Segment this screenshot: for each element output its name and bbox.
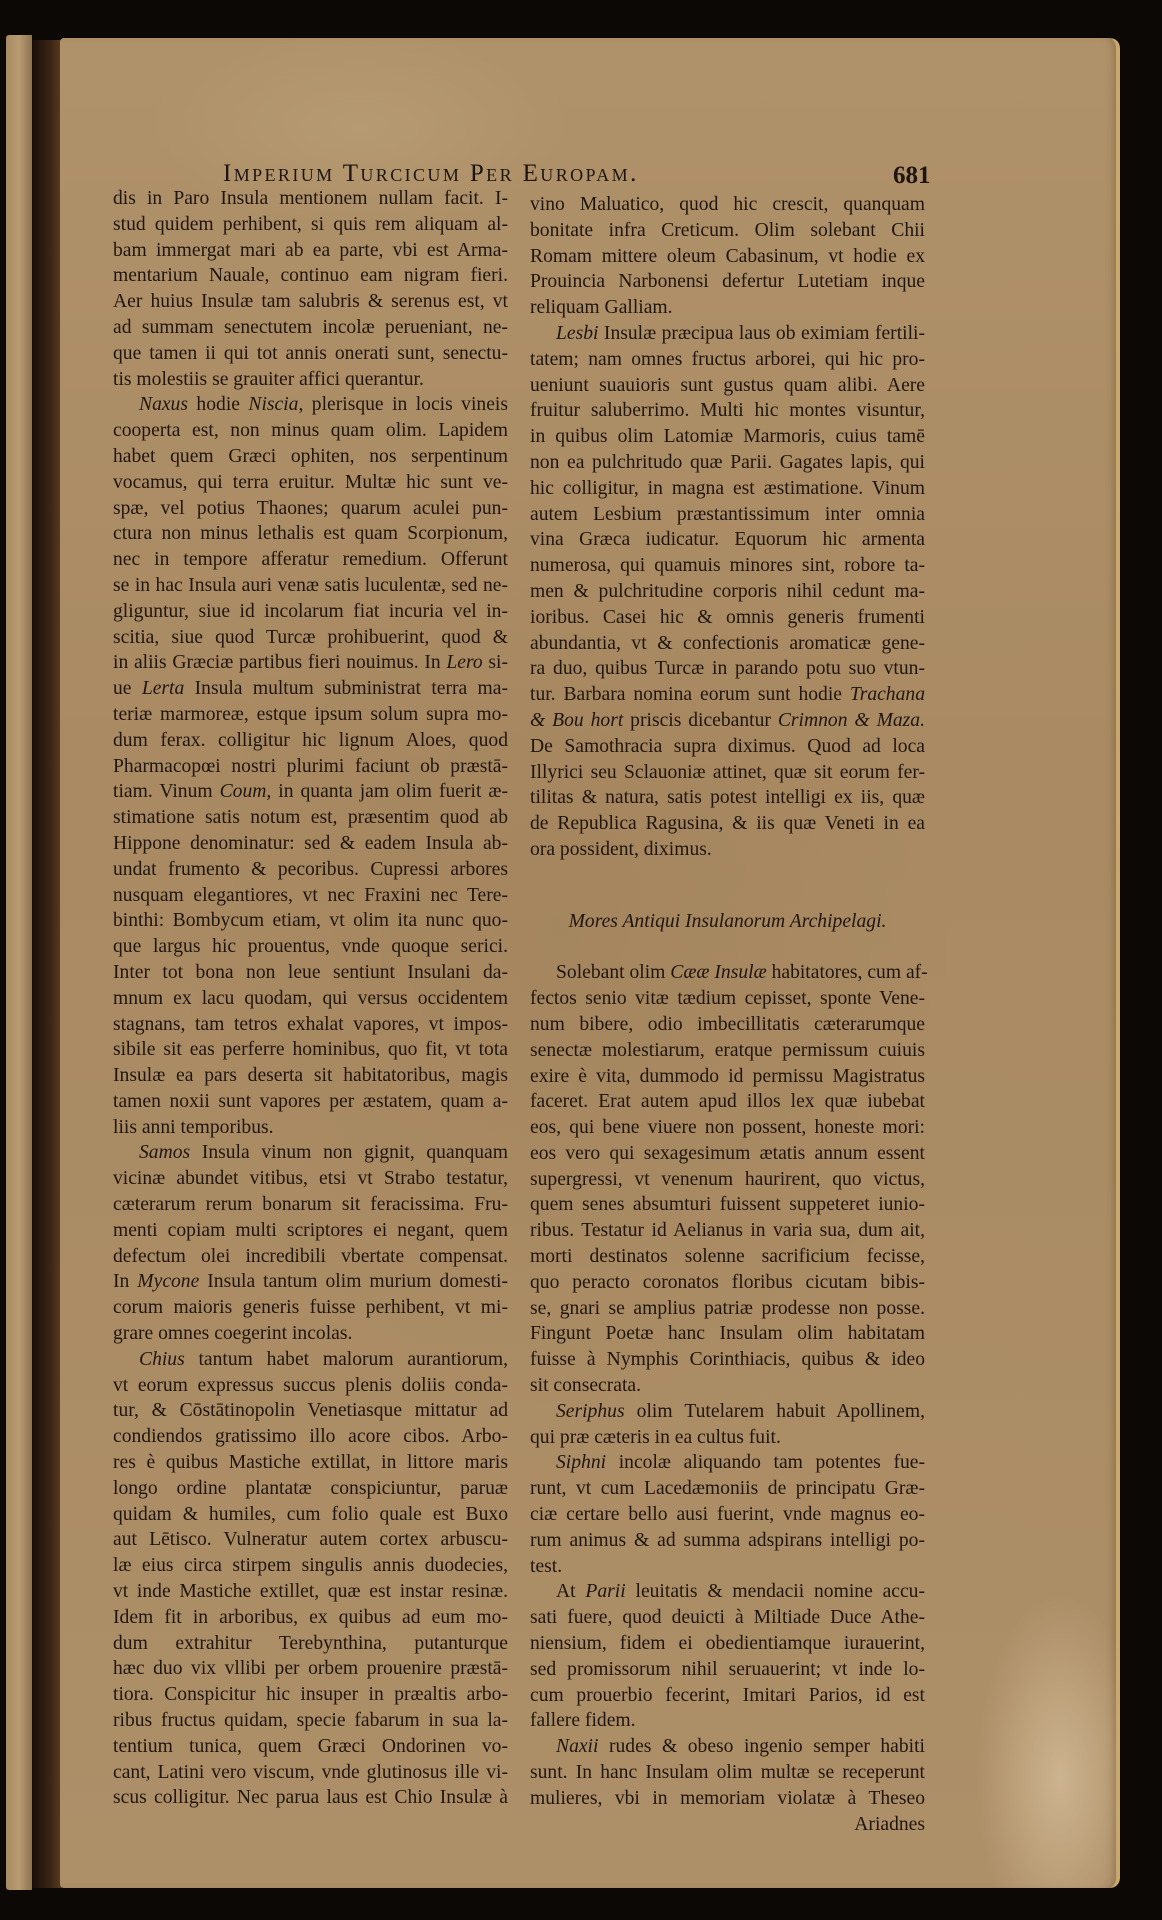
text-line: hic colligitur, in magna est æstimatione… [530,476,925,502]
line-text: tantum habet malorum aurantiorum, [185,1349,508,1370]
line-text: runt, vt cum Lacedæmoniis de principatu … [530,1478,925,1499]
line-text: tur, & Cōstātinopolin Venetiasque mittat… [113,1400,508,1421]
text-line: vino Maluatico, quod hic crescit, quanqu… [530,192,925,218]
line-text: in quanta jam olim fuerit æ- [271,781,508,802]
line-text: habet quem Græci ophiten, nos serpentinu… [113,446,508,467]
line-text: dum ferax. colligitur hic lignum Aloes, … [113,730,508,751]
text-line: tiora. Conspicitur hic insuper in præalt… [113,1682,508,1708]
text-line: faceret. Erat autem apud illos lex quæ i… [530,1089,925,1115]
text-line: abundantia, vt & confectionis aromaticæ … [530,631,925,657]
line-text: tiora. Conspicitur hic insuper in præalt… [113,1684,508,1705]
text-line: tur. Barbara nomina eorum sunt hodie Tra… [530,682,925,708]
right-text-column: vino Maluatico, quod hic crescit, quanqu… [530,192,925,1837]
text-line: sed promissorum nihil seruauerint; vt in… [530,1657,925,1683]
italic-name: & Bou hort [530,710,623,731]
spacer [530,935,925,961]
text-line: binthi: Bombycum etiam, vt olim ita nunc… [113,908,508,934]
line-text: quem senes absumturi fuissent suppeteret… [530,1194,925,1215]
text-line: tatem; nam omnes fructus arborei, qui hi… [530,347,925,373]
line-text: tentium tunica, quem Græci Ondorinen vo- [113,1736,508,1757]
line-text: hodie [188,394,248,415]
line-text: mulieres, vbi in memoriam violatæ à Thes… [530,1788,925,1809]
text-line: vt eorum expressus succus plenis doliis … [113,1373,508,1399]
text-line: Naxus hodie Niscia, plerisque in locis v… [113,392,508,418]
text-line: cæterarum rerum bonarum sit feracissima.… [113,1192,508,1218]
text-line: dum extrahitur Terebynthina, putanturque [113,1631,508,1657]
text-line: fallere fidem. [530,1708,925,1734]
text-line: De Samothracia supra diximus. Quod ad lo… [530,734,925,760]
line-text: niensium, fidem ei obedientiamque iuraue… [530,1633,925,1654]
line-text: rudes & obeso ingenio semper habiti [598,1736,925,1757]
line-text: test. [530,1556,562,1577]
line-text: nusquam elegantiores, vt nec Fraxini nec… [113,885,508,906]
line-text: Insula multum subministrat terra ma- [184,678,508,699]
text-line: Hippone denominatur: sed & eadem Insula … [113,831,508,857]
line-text: stimatione satis notum est, præsentim qu… [113,807,508,828]
text-line: Illyrici seu Sclauoniæ attinet, quæ sit … [530,760,925,786]
line-text: num bibere, odio imbecillitatis cæteraru… [530,1014,925,1035]
line-text: scitia, siue quod Turcæ prohibuerint, qu… [113,627,508,648]
text-line: Insulæ ea pars deserta sit habitatoribus… [113,1063,508,1089]
line-text: se in hac Insula auri venæ satis luculen… [113,575,508,596]
line-text: sibile sit eas perferre hominibus, quo f… [113,1039,508,1060]
text-line: non ea pulchritudo quæ Parii. Gagates la… [530,450,925,476]
text-line: spæ, vel potius Thaones; quarum aculei p… [113,496,508,522]
line-text: leuitatis & mendacii nomine accu- [626,1581,925,1602]
line-text: ciæ certare bello ausi fuerint, vnde mag… [530,1504,925,1525]
text-line: læ eius circa stirpem singulis annis duo… [113,1553,508,1579]
line-text: stud quidem perhibent, si quis rem aliqu… [113,214,508,235]
text-line: senectæ molestiarum, eratque permissum c… [530,1038,925,1064]
line-text: spæ, vel potius Thaones; quarum aculei p… [113,498,508,519]
section-heading: Mores Antiqui Insulanorum Archipelagi. [530,909,925,935]
text-line: cooperta est, non minus quam olim. Lapid… [113,418,508,444]
line-text: Solebant olim [556,962,670,983]
text-line: dis in Paro Insula mentionem nullam faci… [113,186,508,212]
text-line: Samos Insula vinum non gignit, quanquam [113,1140,508,1166]
italic-name: Seriphus [556,1401,625,1422]
text-line: quidam & humiles, cum folio quale est Bu… [113,1502,508,1528]
text-line: fuisse à Nymphis Corinthiacis, quibus & … [530,1347,925,1373]
text-line: runt, vt cum Lacedæmoniis de principatu … [530,1476,925,1502]
text-line: test. [530,1554,925,1580]
text-line: niensium, fidem ei obedientiamque iuraue… [530,1631,925,1657]
line-text: gliguntur, siue id incolarum fiat incuri… [113,601,508,622]
text-line: corum maioris generis fuisse perhibent, … [113,1295,508,1321]
line-text: ribus fructus quidam, specie fabarum in … [113,1710,508,1731]
line-text: stagnans, tam tetros exhalat vapores, vt… [113,1014,508,1035]
text-line: ora possident, diximus. [530,837,925,863]
line-text: que largus hic prouentus, vnde quoque se… [113,936,508,957]
line-text: sit consecrata. [530,1375,641,1396]
text-line: & Bou hort priscis dicebantur Crimnon & … [530,708,925,734]
text-line: num bibere, odio imbecillitatis cæteraru… [530,1012,925,1038]
line-text: scus colligitur. Nec parua laus est Chio… [113,1787,508,1808]
line-text: ribus. Testatur id Aelianus in varia sua… [530,1220,925,1241]
line-text: tis molestiis se grauiter affici querant… [113,369,424,390]
line-text: Hippone denominatur: sed & eadem Insula … [113,833,508,854]
text-line: Prouincia Narbonensi defertur Lutetiam i… [530,269,925,295]
line-text: cant, Latini vero viscum, vnde glutinosu… [113,1762,508,1783]
text-line: Aer huius Insulæ tam salubris & serenus … [113,289,508,315]
line-text: tiam. Vinum [113,781,220,802]
line-text: teriæ marmoreæ, estque ipsum solum supra… [113,704,508,725]
line-text: habitatores, cum af- [767,962,928,983]
line-text: nec in tempore afferatur remedium. Offer… [113,549,508,570]
line-text: vicinæ abundet vitibus, etsi vt Strabo t… [113,1168,508,1189]
line-text: ctura non minus lethalis est quam Scorpi… [113,523,508,544]
line-text: eos vero qui sexagesimum ætatis annum es… [530,1143,925,1164]
line-text: olim Tutelarem habuit Apollinem, [625,1401,925,1422]
line-text: bam immergat mari ab ea parte, vbi est A… [113,240,508,261]
text-line: sibile sit eas perferre hominibus, quo f… [113,1037,508,1063]
text-line: eos, qui bene viuere non possent, honest… [530,1115,925,1141]
text-line: ra duo, quibus Turcæ in parando potu suo… [530,656,925,682]
text-line: quo peracto coronatos floribus cicutam b… [530,1270,925,1296]
line-text: Pharmacopœi nostri plurimi faciunt ob pr… [113,756,508,777]
line-text: tilitas & natura, satis potest intelligi… [530,787,925,808]
text-line: morti destinatos solenne sacrificium fec… [530,1244,925,1270]
line-text: exire è vita, dummodo id permissu Magist… [530,1066,925,1087]
line-text: incolæ aliquando tam potentes fue- [606,1452,925,1473]
text-line: fruitur saluberrimo. Multi hic montes vi… [530,398,925,424]
line-text: ueniunt suauioris sunt gustus quam alibi… [530,375,925,396]
line-text: Illyrici seu Sclauoniæ attinet, quæ sit … [530,762,925,783]
line-text: reliquam Galliam. [530,297,673,318]
line-text: rum animus & ad summa adspirans intellig… [530,1530,925,1551]
text-line: Romam mittere oleum Cabasinum, vt hodie … [530,244,925,270]
italic-name: Coum, [220,781,272,802]
italic-name: Crimnon & Maza. [778,710,925,731]
text-line: Pharmacopœi nostri plurimi faciunt ob pr… [113,754,508,780]
line-text: ora possident, diximus. [530,839,712,860]
line-text: læ eius circa stirpem singulis annis duo… [113,1555,508,1576]
text-line: in aliis Græciæ partibus fieri nouimus. … [113,650,508,676]
line-text: ioribus. Casei hic & omnis generis frume… [530,607,925,628]
line-text: mnum ex lacu quodam, qui versus occident… [113,988,508,1009]
line-text: , plerisque in locis vineis [298,394,508,415]
line-text: numerosa, qui quamuis minores sint, robo… [530,555,925,576]
line-text: senectæ molestiarum, eratque permissum c… [530,1040,925,1061]
text-line: tur, & Cōstātinopolin Venetiasque mittat… [113,1398,508,1424]
previous-page-edge [6,35,32,1890]
text-line: condiendos gratissimo illo acore cibos. … [113,1424,508,1450]
text-line: teriæ marmoreæ, estque ipsum solum supra… [113,702,508,728]
text-line: se in hac Insula auri venæ satis luculen… [113,573,508,599]
text-line: aut Lētisco. Vulneratur autem cortex arb… [113,1527,508,1553]
line-text: Inter tot bona non leue sentiunt Insulan… [113,962,508,983]
text-line: longo ordine plantatæ conspiciuntur, par… [113,1476,508,1502]
italic-name: Naxii [556,1736,598,1757]
line-text: fallere fidem. [530,1710,636,1731]
text-line: se, gnari se amplius patriæ prodesse non… [530,1296,925,1322]
text-line: supergressi, vt venenum haurirent, quo v… [530,1167,925,1193]
text-line: Fingunt Poetæ hanc Insulam olim habitata… [530,1321,925,1347]
line-text: quidam & humiles, cum folio quale est Bu… [113,1504,508,1525]
line-text: que tamen ii qui tot annis onerati sunt,… [113,343,508,364]
page-number: 681 [893,162,931,190]
line-text: tatem; nam omnes fructus arborei, qui hi… [530,349,925,370]
text-line: mulieres, vbi in memoriam violatæ à Thes… [530,1786,925,1812]
text-line: scus colligitur. Nec parua laus est Chio… [113,1785,508,1811]
line-text: res è quibus Mastiche extillat, in litto… [113,1452,508,1473]
text-line: qui præ cæteris in ea cultus fuit. [530,1425,925,1451]
text-line: Lesbi Insulæ præcipua laus ob eximiam fe… [530,321,925,347]
line-text: condiendos gratissimo illo acore cibos. … [113,1426,508,1447]
text-line: Seriphus olim Tutelarem habuit Apollinem… [530,1399,925,1425]
text-line: men & pulchritudine corporis nihil cedun… [530,579,925,605]
book-gutter [32,40,62,1888]
line-text: si- [483,652,508,673]
text-line: sati fuere, quod deuicti à Miltiade Duce… [530,1605,925,1631]
text-line: tis molestiis se grauiter affici querant… [113,367,508,393]
text-line: stimatione satis notum est, præsentim qu… [113,805,508,831]
text-line: stud quidem perhibent, si quis rem aliqu… [113,212,508,238]
line-text: hic colligitur, in magna est æstimatione… [530,478,925,499]
line-text: Insula tantum olim murium domesti- [199,1271,508,1292]
line-text: cæterarum rerum bonarum sit feracissima.… [113,1194,508,1215]
line-text: binthi: Bombycum etiam, vt olim ita nunc… [113,910,508,931]
running-head: Imperium Turcicum Per Europam. [223,160,783,188]
text-line: At Parii leuitatis & mendacii nomine acc… [530,1579,925,1605]
italic-name: Samos [139,1142,190,1163]
line-text: Fingunt Poetæ hanc Insulam olim habitata… [530,1323,925,1344]
text-line: ioribus. Casei hic & omnis generis frume… [530,605,925,631]
italic-name: Cææ Insulæ [670,962,766,983]
line-text: autem Lesbium præstantissimum inter omni… [530,504,925,525]
line-text: vina Græca iudicatur. Equorum hic arment… [530,529,925,550]
line-text: se, gnari se amplius patriæ prodesse non… [530,1298,925,1319]
line-text: bonitate infra Creticum. Olim solebant C… [530,220,925,241]
line-text: Insula vinum non gignit, quanquam [190,1142,508,1163]
italic-name: Lesbi [556,323,598,344]
text-line: undat frumento & pecoribus. Cupressi arb… [113,857,508,883]
text-line: eos vero qui sexagesimum ætatis annum es… [530,1141,925,1167]
text-line: bam immergat mari ab ea parte, vbi est A… [113,238,508,264]
text-line: quem senes absumturi fuissent suppeteret… [530,1192,925,1218]
italic-name: Siphni [556,1452,606,1473]
text-line: ribus fructus quidam, specie fabarum in … [113,1708,508,1734]
line-text: vt eorum expressus succus plenis doliis … [113,1375,508,1396]
text-line: mentarium Nauale, continuo eam nigram fi… [113,263,508,289]
line-text: ue [113,678,142,699]
italic-name: Chius [139,1349,185,1370]
line-text: cooperta est, non minus quam olim. Lapid… [113,420,508,441]
line-text: vt inde Mastiche extillet, quæ est insta… [113,1581,508,1602]
text-line: liis anni temporibus. [113,1115,508,1141]
text-line: defectum olei incredibili vbertate compe… [113,1244,508,1270]
text-line: vicinæ abundet vitibus, etsi vt Strabo t… [113,1166,508,1192]
line-text: ad summam senectutem incolæ perueniant, … [113,317,508,338]
line-text: tamen noxii sunt vapores per æstatem, qu… [113,1091,508,1112]
line-text: aut Lētisco. Vulneratur autem cortex arb… [113,1529,508,1550]
italic-name: Lerta [142,678,184,699]
line-text: liis anni temporibus. [113,1117,274,1138]
line-text: faceret. Erat autem apud illos lex quæ i… [530,1091,925,1112]
text-line: numerosa, qui quamuis minores sint, robo… [530,553,925,579]
text-line: de Republica Ragusina, & iis quæ Veneti … [530,811,925,837]
line-text: Insulæ ea pars deserta sit habitatoribus… [113,1065,508,1086]
line-text: hæc duo vix vllibi per orbem prouenire p… [113,1658,508,1679]
text-line: tiam. Vinum Coum, in quanta jam olim fue… [113,779,508,805]
line-text: dum extrahitur Terebynthina, putanturque [113,1633,508,1654]
text-line: que tamen ii qui tot annis onerati sunt,… [113,341,508,367]
text-line: tentium tunica, quem Græci Ondorinen vo- [113,1734,508,1760]
line-text: undat frumento & pecoribus. Cupressi arb… [113,859,508,880]
text-line: sunt. In hanc Insulam olim multæ se rece… [530,1760,925,1786]
text-line: In Mycone Insula tantum olim murium dome… [113,1269,508,1295]
line-text: fuisse à Nymphis Corinthiacis, quibus & … [530,1349,925,1370]
line-text: ra duo, quibus Turcæ in parando potu suo… [530,658,925,679]
text-line: habet quem Græci ophiten, nos serpentinu… [113,444,508,470]
text-line: cum prouerbio fecerint, Imitari Parios, … [530,1683,925,1709]
line-text: sati fuere, quod deuicti à Miltiade Duce… [530,1607,925,1628]
line-text: longo ordine plantatæ conspiciuntur, par… [113,1478,508,1499]
text-line: vt inde Mastiche extillet, quæ est insta… [113,1579,508,1605]
spacer [530,863,925,909]
line-text: men & pulchritudine corporis nihil cedun… [530,581,925,602]
line-text: in quibus olim Latomiæ Marmoris, cuius t… [530,426,925,447]
text-line: Siphni incolæ aliquando tam potentes fue… [530,1450,925,1476]
text-line: sit consecrata. [530,1373,925,1399]
line-text: abundantia, vt & confectionis aromaticæ … [530,633,925,654]
italic-name: Parii [585,1581,625,1602]
line-text: Romam mittere oleum Cabasinum, vt hodie … [530,246,925,267]
text-line: tamen noxii sunt vapores per æstatem, qu… [113,1089,508,1115]
text-line: grare omnes coegerint incolas. [113,1321,508,1347]
italic-name: Niscia [248,394,298,415]
text-line: fectos senio vitæ tædium cepisset, spont… [530,986,925,1012]
italic-name: Lero [446,652,482,673]
text-line: dum ferax. colligitur hic lignum Aloes, … [113,728,508,754]
text-line: que largus hic prouentus, vnde quoque se… [113,934,508,960]
line-text: Aer huius Insulæ tam salubris & serenus … [113,291,508,312]
text-line: Idem fit in arboribus, ex quibus ad eum … [113,1605,508,1631]
text-line: nusquam elegantiores, vt nec Fraxini nec… [113,883,508,909]
line-text: sed promissorum nihil seruauerint; vt in… [530,1659,925,1680]
italic-name: Mycone [137,1271,199,1292]
italic-name: Naxus [139,394,188,415]
line-text: fruitur saluberrimo. Multi hic montes vi… [530,400,925,421]
text-line: mnum ex lacu quodam, qui versus occident… [113,986,508,1012]
text-line: vina Græca iudicatur. Equorum hic arment… [530,527,925,553]
text-line: ad summam senectutem incolæ perueniant, … [113,315,508,341]
text-line: vocamus, qui terra eruitur. Multæ hic su… [113,470,508,496]
catchword: Ariadnes [530,1812,925,1838]
text-line: autem Lesbium præstantissimum inter omni… [530,502,925,528]
line-text: supergressi, vt venenum haurirent, quo v… [530,1169,925,1190]
line-text: fectos senio vitæ tædium cepisset, spont… [530,988,925,1009]
line-text: Prouincia Narbonensi defertur Lutetiam i… [530,271,925,292]
text-line: gliguntur, siue id incolarum fiat incuri… [113,599,508,625]
italic-name: Trachana [850,684,925,705]
line-text: de Republica Ragusina, & iis quæ Veneti … [530,813,925,834]
text-line: cant, Latini vero viscum, vnde glutinosu… [113,1760,508,1786]
line-text: In [113,1271,137,1292]
line-text: qui præ cæteris in ea cultus fuit. [530,1427,781,1448]
line-text: eos, qui bene viuere non possent, honest… [530,1117,925,1138]
line-text: menti copiam multi scriptores ei negant,… [113,1220,508,1241]
text-line: Inter tot bona non leue sentiunt Insulan… [113,960,508,986]
text-line: bonitate infra Creticum. Olim solebant C… [530,218,925,244]
text-line: ue Lerta Insula multum subministrat terr… [113,676,508,702]
line-text: non ea pulchritudo quæ Parii. Gagates la… [530,452,925,473]
text-line: ueniunt suauioris sunt gustus quam alibi… [530,373,925,399]
text-line: reliquam Galliam. [530,295,925,321]
text-line: stagnans, tam tetros exhalat vapores, vt… [113,1012,508,1038]
text-line: exire è vita, dummodo id permissu Magist… [530,1064,925,1090]
line-text: corum maioris generis fuisse perhibent, … [113,1297,508,1318]
line-text: sunt. In hanc Insulam olim multæ se rece… [530,1762,925,1783]
text-line: Solebant olim Cææ Insulæ habitatores, cu… [530,960,925,986]
text-line: res è quibus Mastiche extillat, in litto… [113,1450,508,1476]
line-text: Idem fit in arboribus, ex quibus ad eum … [113,1607,508,1628]
line-text: morti destinatos solenne sacrificium fec… [530,1246,925,1267]
text-line: hæc duo vix vllibi per orbem prouenire p… [113,1656,508,1682]
text-line: Chius tantum habet malorum aurantiorum, [113,1347,508,1373]
line-text: cum prouerbio fecerint, Imitari Parios, … [530,1685,925,1706]
text-line: tilitas & natura, satis potest intelligi… [530,785,925,811]
line-text: De Samothracia supra diximus. Quod ad lo… [530,736,925,757]
text-line: ribus. Testatur id Aelianus in varia sua… [530,1218,925,1244]
text-line: ciæ certare bello ausi fuerint, vnde mag… [530,1502,925,1528]
text-line: Naxii rudes & obeso ingenio semper habit… [530,1734,925,1760]
line-text: priscis dicebantur [623,710,778,731]
line-text: defectum olei incredibili vbertate compe… [113,1246,508,1267]
line-text: in aliis Græciæ partibus fieri nouimus. … [113,652,446,673]
line-text: At [556,1581,585,1602]
line-text: dis in Paro Insula mentionem nullam faci… [113,188,508,209]
line-text: tur. Barbara nomina eorum sunt hodie [530,684,850,705]
line-text: mentarium Nauale, continuo eam nigram fi… [113,265,508,286]
line-text: Insulæ præcipua laus ob eximiam fertili- [598,323,925,344]
line-text: quo peracto coronatos floribus cicutam b… [530,1272,925,1293]
text-line: ctura non minus lethalis est quam Scorpi… [113,521,508,547]
text-line: rum animus & ad summa adspirans intellig… [530,1528,925,1554]
text-line: in quibus olim Latomiæ Marmoris, cuius t… [530,424,925,450]
text-line: scitia, siue quod Turcæ prohibuerint, qu… [113,625,508,651]
text-line: menti copiam multi scriptores ei negant,… [113,1218,508,1244]
line-text: vocamus, qui terra eruitur. Multæ hic su… [113,472,508,493]
left-text-column: dis in Paro Insula mentionem nullam faci… [113,186,508,1811]
line-text: grare omnes coegerint incolas. [113,1323,352,1344]
line-text: vino Maluatico, quod hic crescit, quanqu… [530,194,925,215]
text-line: nec in tempore afferatur remedium. Offer… [113,547,508,573]
